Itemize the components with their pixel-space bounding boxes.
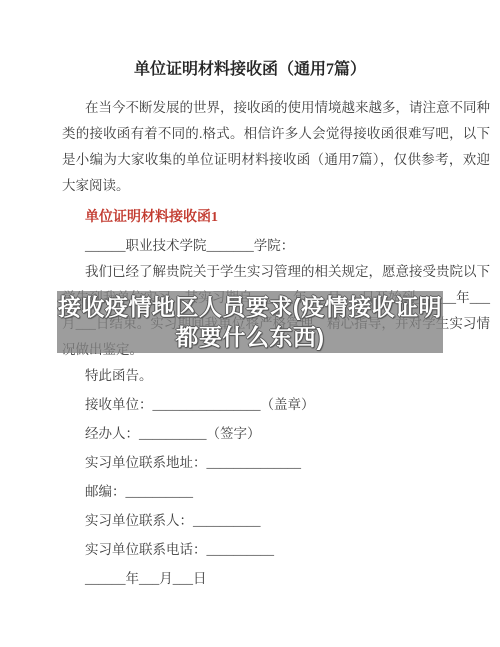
watermark-line-1: 接收疫情地区人员要求(疫情接收证明 bbox=[58, 292, 442, 322]
field-line-postal-code: 邮编：__________ bbox=[62, 479, 490, 505]
page-title: 单位证明材料接收函（通用7篇） bbox=[0, 58, 500, 82]
field-line-contact-phone: 实习单位联系电话：__________ bbox=[62, 537, 490, 563]
salutation-line: ______职业技术学院_______学院： bbox=[62, 233, 490, 259]
field-line-contact-person: 实习单位联系人：__________ bbox=[62, 508, 490, 534]
notice-line: 特此函告。 bbox=[62, 363, 490, 389]
date-line: ______年___月___日 bbox=[62, 566, 490, 592]
section-heading: 单位证明材料接收函1 bbox=[62, 205, 490, 231]
field-line-handler: 经办人：__________（签字） bbox=[62, 421, 490, 447]
intro-paragraph: 在当今不断发展的世界，接收函的使用情境越来越多，请注意不同种类的接收函有着不同的… bbox=[62, 95, 490, 199]
watermark-line-2: 都要什么东西) bbox=[175, 322, 324, 352]
field-line-receiving-unit: 接收单位：________________（盖章） bbox=[62, 392, 490, 418]
field-line-contact-address: 实习单位联系地址：______________ bbox=[62, 450, 490, 476]
watermark-overlay-banner: 接收疫情地区人员要求(疫情接收证明 都要什么东西) bbox=[57, 291, 443, 353]
document-page: 单位证明材料接收函（通用7篇） 在当今不断发展的世界，接收函的使用情境越来越多，… bbox=[0, 0, 500, 647]
